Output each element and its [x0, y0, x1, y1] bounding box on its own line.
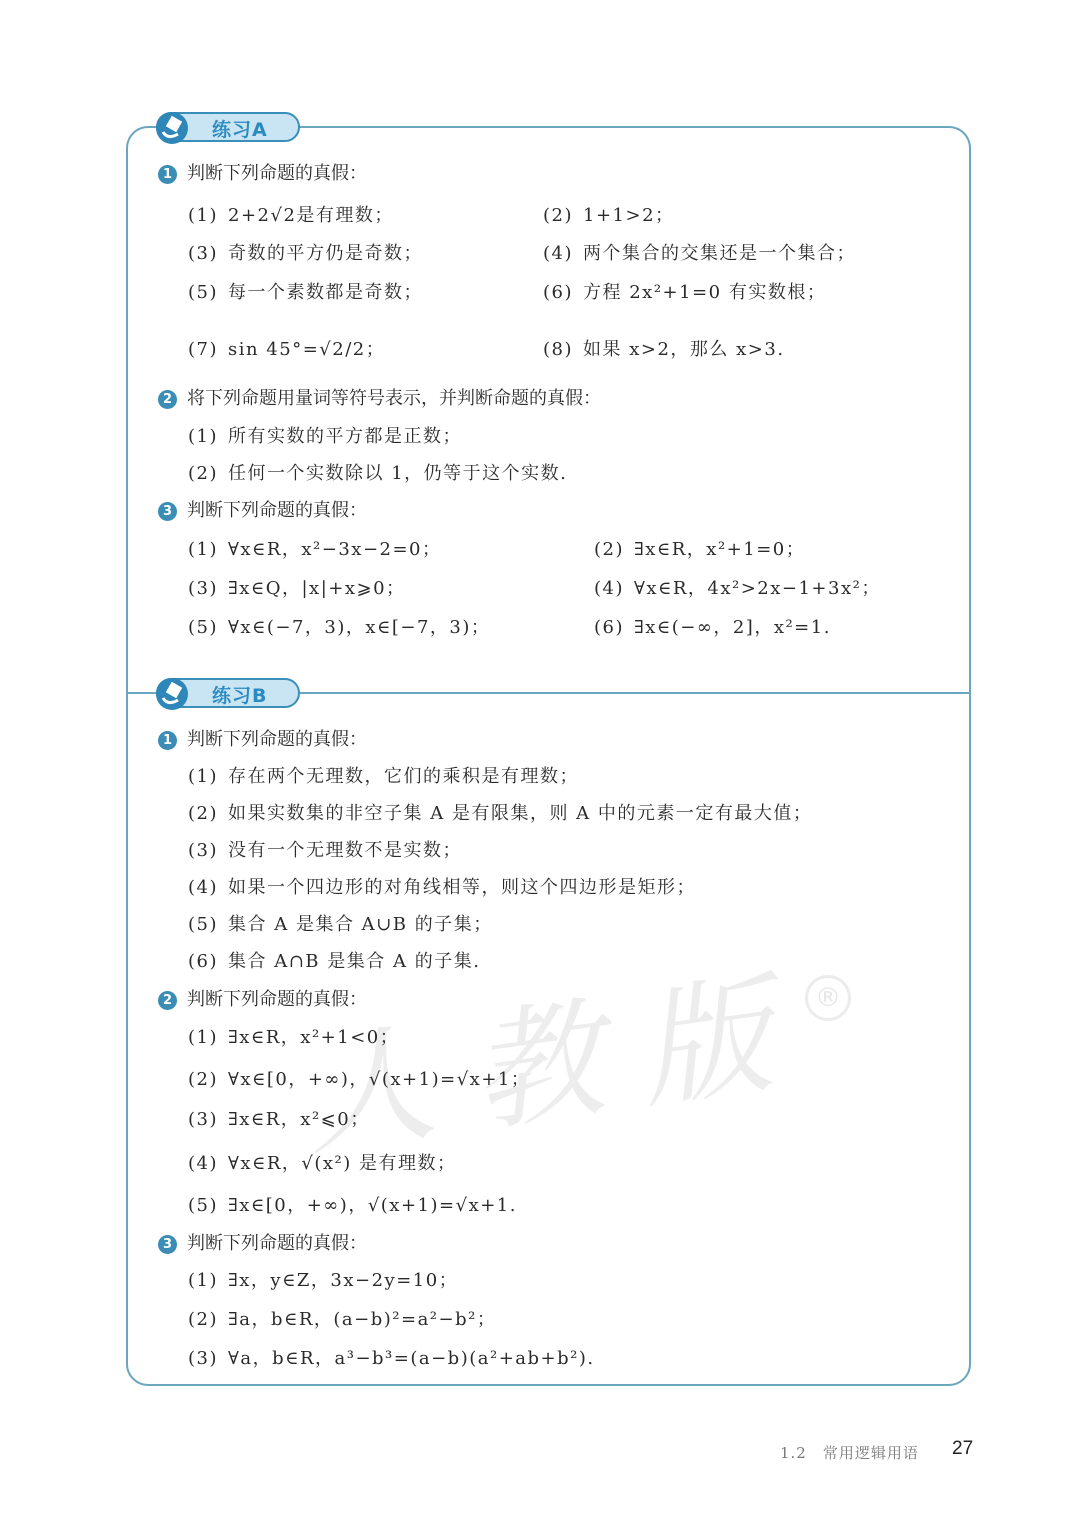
list-item: (5)∃x∈[0，+∞)，√(x+1)=√x+1. [188, 1193, 517, 1219]
list-item: (5)∀x∈(−7，3)，x∈[−7，3)； [188, 615, 490, 641]
list-item: (6)集合 A∩B 是集合 A 的子集. [188, 949, 480, 975]
question-b2-prompt: 2判断下列命题的真假： [158, 987, 367, 1013]
list-item: (2)任何一个实数除以 1，仍等于这个实数. [188, 461, 567, 487]
list-item: (7)sin 45°=√2/2； [188, 337, 385, 363]
list-item: (1)∀x∈R，x²−3x−2=0； [188, 537, 442, 563]
list-item: (1)∃x，y∈Z，3x−2y=10； [188, 1268, 458, 1294]
page-number: 27 [952, 1438, 973, 1460]
question-b3-prompt: 3判断下列命题的真假： [158, 1231, 367, 1257]
list-item: (2)1+1>2； [543, 203, 675, 229]
list-item: (3)∃x∈Q，|x|+x⩾0； [188, 576, 406, 602]
list-item: (4)如果一个四边形的对角线相等，则这个四边形是矩形； [188, 875, 696, 901]
list-item: (1)存在两个无理数，它们的乘积是有理数； [188, 764, 579, 790]
exercise-a-badge: 练习A [156, 112, 300, 142]
list-item: (3)奇数的平方仍是奇数； [188, 241, 423, 267]
list-item: (5)每一个素数都是奇数； [188, 280, 423, 306]
list-item: (2)如果实数集的非空子集 A 是有限集，则 A 中的元素一定有最大值； [188, 801, 812, 827]
exercise-b-badge: 练习B [156, 678, 300, 708]
footer-section-title: 1.2 常用逻辑用语 [780, 1442, 919, 1463]
question-b1-prompt: 1判断下列命题的真假： [158, 727, 367, 753]
list-item: (2)∃a，b∈R，(a−b)²=a²−b²； [188, 1307, 496, 1333]
list-item: (2)∀x∈[0，+∞)，√(x+1)=√x+1； [188, 1067, 530, 1093]
list-item: (2)∃x∈R，x²+1=0； [594, 537, 805, 563]
question-number-icon: 3 [158, 502, 177, 521]
list-item: (1)2+2√2是有理数； [188, 203, 394, 229]
question-a2-prompt: 2将下列命题用量词等符号表示，并判断命题的真假： [158, 386, 601, 412]
question-number-icon: 2 [158, 991, 177, 1010]
list-item: (3)∀a，b∈R，a³−b³=(a−b)(a²+ab+b²). [188, 1346, 595, 1372]
question-number-icon: 2 [158, 390, 177, 409]
list-item: (1)∃x∈R，x²+1<0； [188, 1025, 399, 1051]
question-a1-prompt: 1判断下列命题的真假： [158, 161, 367, 187]
list-item: (8)如果 x>2，那么 x>3. [543, 337, 785, 363]
list-item: (4)两个集合的交集还是一个集合； [543, 241, 856, 267]
exercise-pen-icon [154, 676, 190, 712]
question-a3-prompt: 3判断下列命题的真假： [158, 498, 367, 524]
exercise-b-title: 练习B [212, 681, 267, 708]
exercise-pen-icon [154, 110, 190, 146]
question-number-icon: 1 [158, 165, 177, 184]
list-item: (6)方程 2x²+1=0 有实数根； [543, 280, 826, 306]
question-number-icon: 1 [158, 731, 177, 750]
list-item: (5)集合 A 是集合 A∪B 的子集； [188, 912, 493, 938]
list-item: (4)∀x∈R，4x²>2x−1+3x²； [594, 576, 881, 602]
exercise-a-title: 练习A [212, 115, 268, 142]
list-item: (1)所有实数的平方都是正数； [188, 424, 462, 450]
list-item: (6)∃x∈(−∞，2]，x²=1. [594, 615, 831, 641]
question-number-icon: 3 [158, 1235, 177, 1254]
list-item: (3)∃x∈R，x²⩽0； [188, 1107, 370, 1133]
list-item: (4)∀x∈R，√(x²) 是有理数； [188, 1151, 457, 1177]
list-item: (3)没有一个无理数不是实数； [188, 838, 462, 864]
